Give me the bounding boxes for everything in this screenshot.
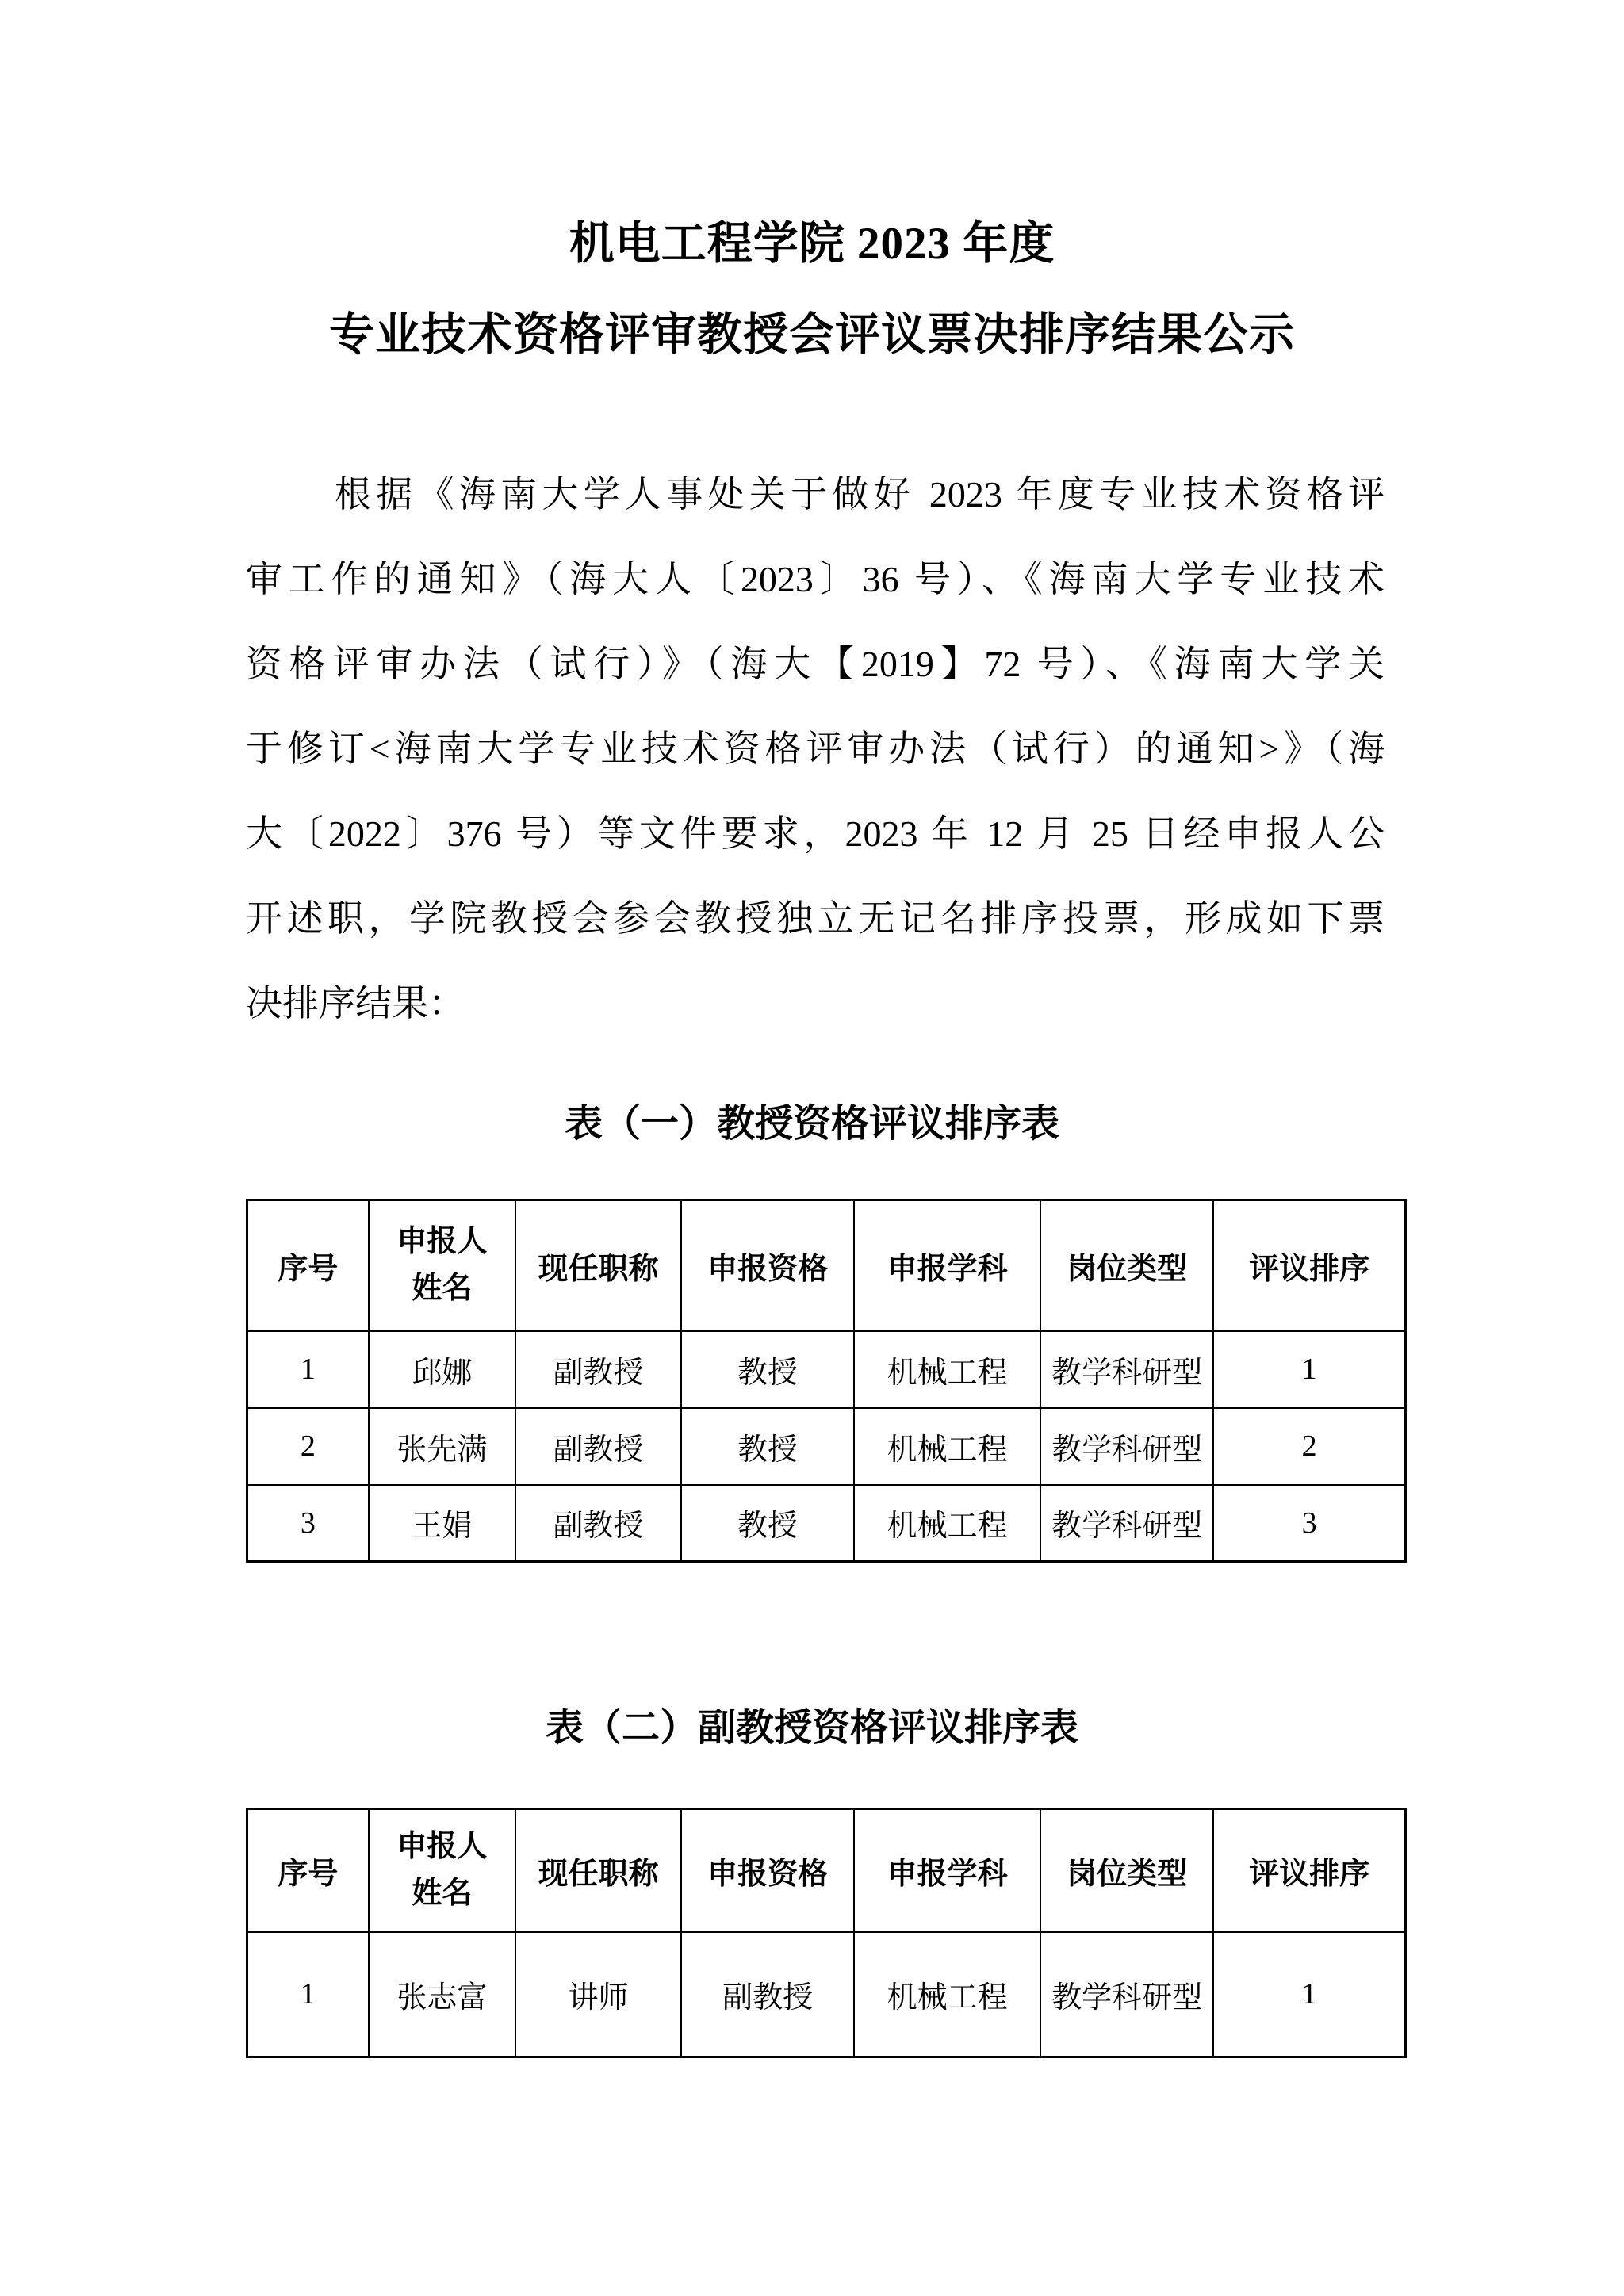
cell-applied-discipline: 机械工程 [854, 1932, 1040, 2057]
cell-applied-discipline: 机械工程 [854, 1485, 1040, 1562]
cell-applied-discipline: 机械工程 [854, 1331, 1040, 1408]
table-row: 2 张先满 副教授 教授 机械工程 教学科研型 2 [247, 1408, 1406, 1485]
document-title-line1: 机电工程学院 2023 年度 [0, 212, 1624, 276]
associate-professor-ranking-table: 序号 申报人 姓名 现任职称 申报资格 申报学科 岗位类型 评议排序 1 张志富… [246, 1808, 1407, 2058]
cell-seq-no: 1 [247, 1331, 369, 1408]
header-applicant-name: 申报人 姓名 [369, 1809, 516, 1932]
cell-applicant-name: 张志富 [369, 1932, 516, 2057]
table1-caption: 表（一）教授资格评议排序表 [0, 1100, 1624, 1148]
paragraph-line: 大〔2022〕376 号）等文件要求，2023 年 12 月 25 日经申报人公 [246, 791, 1385, 876]
document-title-line2: 专业技术资格评审教授会评议票决排序结果公示 [0, 304, 1624, 367]
header-applicant-name: 申报人 姓名 [369, 1200, 516, 1331]
header-applied-qualification: 申报资格 [681, 1809, 854, 1932]
cell-review-rank: 1 [1213, 1331, 1405, 1408]
table-row: 3 王娟 副教授 教授 机械工程 教学科研型 3 [247, 1485, 1406, 1562]
cell-seq-no: 1 [247, 1932, 369, 2057]
header-applied-qualification: 申报资格 [681, 1200, 854, 1331]
cell-applicant-name: 邱娜 [369, 1331, 516, 1408]
cell-review-rank: 1 [1213, 1932, 1405, 2057]
cell-post-type: 教学科研型 [1040, 1331, 1213, 1408]
paragraph-line: 根据《海南大学人事处关于做好 2023 年度专业技术资格评 [246, 452, 1385, 537]
header-post-type: 岗位类型 [1040, 1200, 1213, 1331]
cell-current-title: 讲师 [515, 1932, 681, 2057]
professor-ranking-table: 序号 申报人 姓名 现任职称 申报资格 申报学科 岗位类型 评议排序 1 邱娜 … [246, 1199, 1407, 1563]
paragraph-line: 于修订<海南大学专业技术资格评审办法（试行）的通知>》（海 [246, 706, 1385, 791]
header-current-title: 现任职称 [515, 1200, 681, 1331]
header-review-rank: 评议排序 [1213, 1809, 1405, 1932]
cell-post-type: 教学科研型 [1040, 1932, 1213, 2057]
cell-review-rank: 3 [1213, 1485, 1405, 1562]
cell-applied-qualification: 教授 [681, 1331, 854, 1408]
cell-applied-qualification: 副教授 [681, 1932, 854, 2057]
table-row: 1 张志富 讲师 副教授 机械工程 教学科研型 1 [247, 1932, 1406, 2057]
cell-seq-no: 2 [247, 1408, 369, 1485]
cell-current-title: 副教授 [515, 1408, 681, 1485]
cell-current-title: 副教授 [515, 1485, 681, 1562]
cell-applied-qualification: 教授 [681, 1485, 854, 1562]
body-paragraph: 根据《海南大学人事处关于做好 2023 年度专业技术资格评 审工作的通知》（海大… [246, 452, 1385, 1046]
header-applied-discipline: 申报学科 [854, 1809, 1040, 1932]
paragraph-line: 审工作的通知》（海大人〔2023〕36 号）、《海南大学专业技术 [246, 537, 1385, 622]
document-page: 机电工程学院 2023 年度 专业技术资格评审教授会评议票决排序结果公示 根据《… [0, 0, 1624, 2296]
cell-applicant-name: 王娟 [369, 1485, 516, 1562]
paragraph-line: 资格评审办法（试行）》（海大【2019】72 号）、《海南大学关 [246, 622, 1385, 706]
cell-post-type: 教学科研型 [1040, 1408, 1213, 1485]
header-current-title: 现任职称 [515, 1809, 681, 1932]
header-applied-discipline: 申报学科 [854, 1200, 1040, 1331]
header-seq-no: 序号 [247, 1809, 369, 1932]
table-header-row: 序号 申报人 姓名 现任职称 申报资格 申报学科 岗位类型 评议排序 [247, 1200, 1406, 1331]
cell-post-type: 教学科研型 [1040, 1485, 1213, 1562]
cell-review-rank: 2 [1213, 1408, 1405, 1485]
paragraph-line: 开述职，学院教授会参会教授独立无记名排序投票，形成如下票 [246, 876, 1385, 961]
header-review-rank: 评议排序 [1213, 1200, 1405, 1331]
table2-caption: 表（二）副教授资格评议排序表 [0, 1705, 1624, 1752]
paragraph-line: 决排序结果： [246, 961, 1385, 1046]
cell-applied-discipline: 机械工程 [854, 1408, 1040, 1485]
cell-applicant-name: 张先满 [369, 1408, 516, 1485]
cell-current-title: 副教授 [515, 1331, 681, 1408]
table-header-row: 序号 申报人 姓名 现任职称 申报资格 申报学科 岗位类型 评议排序 [247, 1809, 1406, 1932]
header-seq-no: 序号 [247, 1200, 369, 1331]
header-post-type: 岗位类型 [1040, 1809, 1213, 1932]
cell-applied-qualification: 教授 [681, 1408, 854, 1485]
table-row: 1 邱娜 副教授 教授 机械工程 教学科研型 1 [247, 1331, 1406, 1408]
cell-seq-no: 3 [247, 1485, 369, 1562]
